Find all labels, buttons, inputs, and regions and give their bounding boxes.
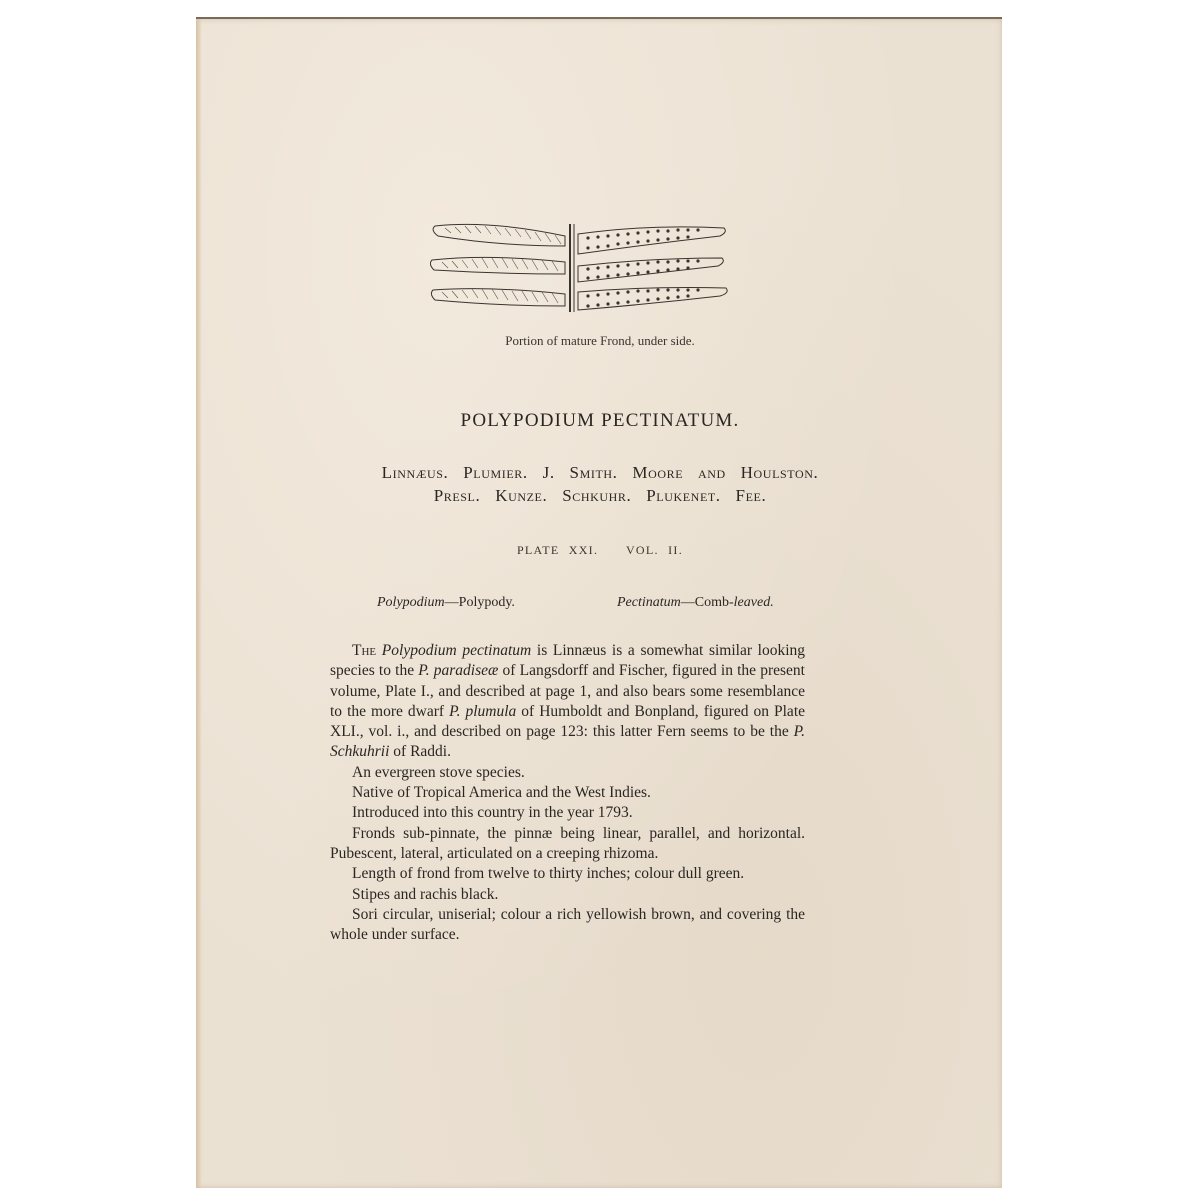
authorities-line-2: Presl. Kunze. Schkuhr. Plukenet. Fee. <box>0 486 1200 506</box>
drop-word: The <box>352 642 376 659</box>
authorities-line-1: Linnæus. Plumier. J. Smith. Moore and Ho… <box>0 463 1200 483</box>
ref-species: P. plumula <box>449 703 516 720</box>
description-paragraph: Fronds sub-pinnate, the pinnæ being line… <box>330 824 805 865</box>
genus-latin: Polypodium <box>377 595 445 610</box>
plate-reference: PLATE XXI. VOL. II. <box>0 543 1200 558</box>
genus-english: —Polypody. <box>445 595 515 610</box>
authority: Schkuhr. <box>562 486 631 505</box>
authority: Fee. <box>736 486 767 505</box>
species-name: Polypodium pectinatum <box>382 642 531 659</box>
etymology-genus: Polypodium—Polypody. <box>377 595 515 611</box>
fern-frond-illustration <box>430 216 730 316</box>
authority: Plumier. <box>463 463 528 482</box>
book-page <box>196 17 1002 1188</box>
species-title: POLYPODIUM PECTINATUM. <box>0 410 1200 432</box>
text-run: of Raddi. <box>389 743 451 760</box>
authority: J. Smith. <box>543 463 618 482</box>
description-paragraph: Stipes and rachis black. <box>330 885 805 905</box>
description-paragraph: Length of frond from twelve to thirty in… <box>330 864 805 884</box>
intro-paragraph: The Polypodium pectinatum is Linnæus is … <box>330 641 805 763</box>
etymology-species: Pectinatum—Comb-leaved. <box>617 595 774 611</box>
description-paragraph: Introduced into this country in the year… <box>330 803 805 823</box>
species-latin: Pectinatum <box>617 595 681 610</box>
authority: Presl. <box>434 486 481 505</box>
figure-caption: Portion of mature Frond, under side. <box>0 333 1200 349</box>
description-paragraph: Sori circular, uniserial; colour a rich … <box>330 905 805 946</box>
page-edge <box>196 19 202 1188</box>
authority: Plukenet. <box>646 486 720 505</box>
authority: Kunze. <box>495 486 547 505</box>
species-english: —Comb- <box>681 595 734 610</box>
description-paragraph: Native of Tropical America and the West … <box>330 783 805 803</box>
description-body: The Polypodium pectinatum is Linnæus is … <box>330 641 805 945</box>
species-english-italic: leaved. <box>734 595 774 610</box>
description-paragraph: An evergreen stove species. <box>330 763 805 783</box>
authority: Linnæus. <box>382 463 449 482</box>
authority: Moore and Houlston. <box>632 463 818 482</box>
ref-species: P. paradiseæ <box>418 662 498 679</box>
